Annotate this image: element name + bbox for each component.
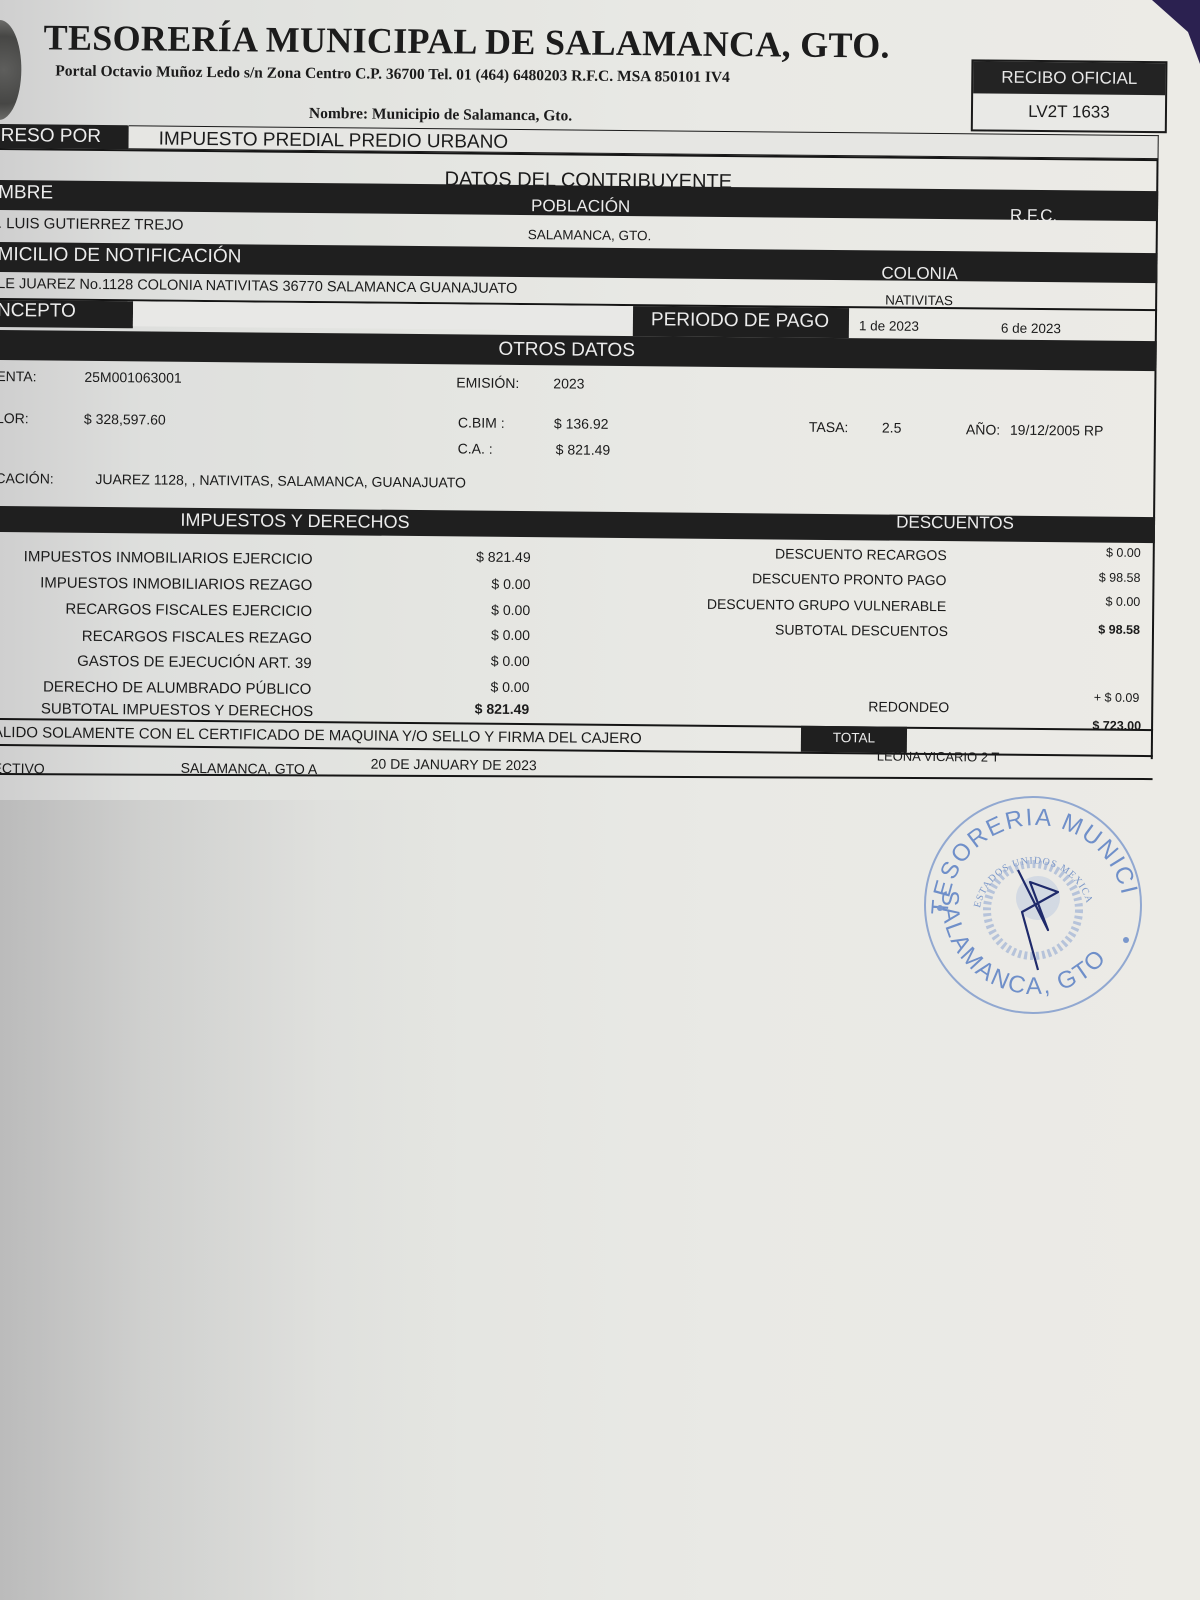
impuesto-item-label: IMPUESTOS INMOBILIARIOS EJERCICIO (0, 548, 313, 568)
rfc-label: R.F.C. (1010, 206, 1057, 226)
receipt-number: LV2T 1633 (973, 93, 1165, 131)
impuesto-item-amount: $ 0.00 (434, 652, 530, 669)
total-amount: $ 723.00 (1053, 718, 1141, 733)
ubicacion-value: JUAREZ 1128, , NATIVITAS, SALAMANCA, GUA… (95, 471, 466, 491)
domicilio-label: MICILIO DE NOTIFICACIÓN (0, 244, 242, 268)
ubicacion-label: CACIÓN: (0, 470, 54, 487)
impuesto-item-amount: $ 0.00 (434, 601, 530, 618)
otros-datos-title: OTROS DATOS (467, 338, 667, 362)
receipt-number-box: RECIBO OFICIAL LV2T 1633 (971, 59, 1168, 133)
descuento-item-amount: $ 0.00 (1055, 545, 1141, 560)
impuesto-item-amount: $ 0.00 (434, 626, 530, 643)
issue-date: 20 DE JANUARY DE 2023 (371, 756, 537, 774)
nombre-label: MBRE (0, 182, 53, 205)
domicilio-value: LE JUAREZ No.1128 COLONIA NATIVITAS 3677… (0, 276, 517, 297)
impuesto-item-label: IMPUESTOS INMOBILIARIOS REZAGO (0, 574, 312, 594)
redondeo-label: REDONDEO (753, 697, 949, 715)
cuenta-value: 25M001063001 (84, 369, 181, 386)
descuentos-subtotal-amount: $ 98.58 (1054, 622, 1140, 637)
descuento-item-amount: $ 98.58 (1054, 570, 1140, 585)
valor-label: LOR: (0, 410, 29, 426)
impuesto-item-label: RECARGOS FISCALES REZAGO (0, 627, 312, 647)
treasury-name-line: Nombre: Municipio de Salamanca, Gto. (309, 105, 572, 126)
validity-note: ALIDO SOLAMENTE CON EL CERTIFICADO DE MA… (0, 724, 642, 747)
tasa-value: 2.5 (882, 419, 902, 435)
impuesto-item-amount: $ 0.00 (434, 575, 530, 592)
descuento-item-amount: $ 0.00 (1054, 594, 1140, 609)
official-seal-stamp: TESORERIA MUNICIPAL SALAMANCA, GTO ESTAD… (918, 790, 1148, 1020)
valor-value: $ 328,597.60 (84, 411, 166, 428)
descuentos-title: DESCUENTOS (855, 512, 1055, 534)
ingreso-label: RESO POR (0, 124, 129, 149)
treasury-address: Portal Octavio Muñoz Ledo s/n Zona Centr… (55, 63, 730, 87)
colonia-label: COLONIA (881, 263, 958, 284)
periodo-label: PERIODO DE PAGO (651, 309, 829, 333)
anio-label: AÑO: (966, 421, 1000, 437)
periodo-desde: 1 de 2023 (859, 318, 919, 334)
descuento-item-label: DESCUENTO RECARGOS (655, 544, 947, 563)
ca-label: C.A. : (458, 440, 493, 456)
cuenta-label: ENTA: (0, 368, 37, 384)
official-receipt: TESORERÍA MUNICIPAL DE SALAMANCA, GTO. P… (0, 0, 1200, 831)
cashier-location: LEONA VICARIO 2 T (877, 748, 1000, 764)
tasa-label: TASA: (809, 419, 849, 435)
municipal-emblem-icon (0, 20, 22, 120)
emision-label: EMISIÓN: (456, 374, 519, 391)
total-label: TOTAL (801, 730, 907, 746)
cbim-label: C.BIM : (458, 414, 505, 430)
concepto-label: NCEPTO (0, 300, 76, 323)
redondeo-amount: + $ 0.09 (1053, 690, 1139, 705)
treasury-title: TESORERÍA MUNICIPAL DE SALAMANCA, GTO. (43, 16, 890, 66)
nombre-value: . LUIS GUTIERREZ TREJO (0, 215, 184, 234)
descuento-item-label: DESCUENTO GRUPO VULNERABLE (654, 595, 946, 614)
impuestos-subtotal-amount: $ 821.49 (433, 700, 529, 717)
descuento-item-label: DESCUENTO PRONTO PAGO (654, 569, 946, 588)
anio-value: 19/12/2005 RP (1010, 422, 1104, 439)
divider (0, 773, 1153, 780)
impuesto-item-label: GASTOS DE EJECUCIÓN ART. 39 (0, 652, 312, 672)
periodo-hasta: 6 de 2023 (1001, 321, 1061, 337)
impuesto-item-amount: $ 0.00 (433, 678, 529, 695)
concepto-value-box (133, 301, 633, 331)
poblacion-label: POBLACIÓN (531, 196, 630, 217)
impuesto-item-label: DERECHO DE ALUMBRADO PÚBLICO (0, 678, 311, 698)
ca-value: $ 821.49 (556, 441, 611, 458)
emision-value: 2023 (553, 375, 584, 391)
frame-right (1151, 159, 1159, 759)
impuestos-title: IMPUESTOS Y DERECHOS (145, 509, 445, 533)
impuestos-subtotal-label: SUBTOTAL IMPUESTOS Y DERECHOS (0, 700, 313, 720)
poblacion-value: SALAMANCA, GTO. (528, 227, 652, 243)
descuentos-subtotal-label: SUBTOTAL DESCUENTOS (694, 621, 948, 639)
receipt-label: RECIBO OFICIAL (973, 61, 1165, 95)
impuesto-item-amount: $ 821.49 (435, 548, 531, 565)
impuesto-item-label: RECARGOS FISCALES EJERCICIO (0, 600, 312, 620)
cbim-value: $ 136.92 (554, 415, 609, 432)
